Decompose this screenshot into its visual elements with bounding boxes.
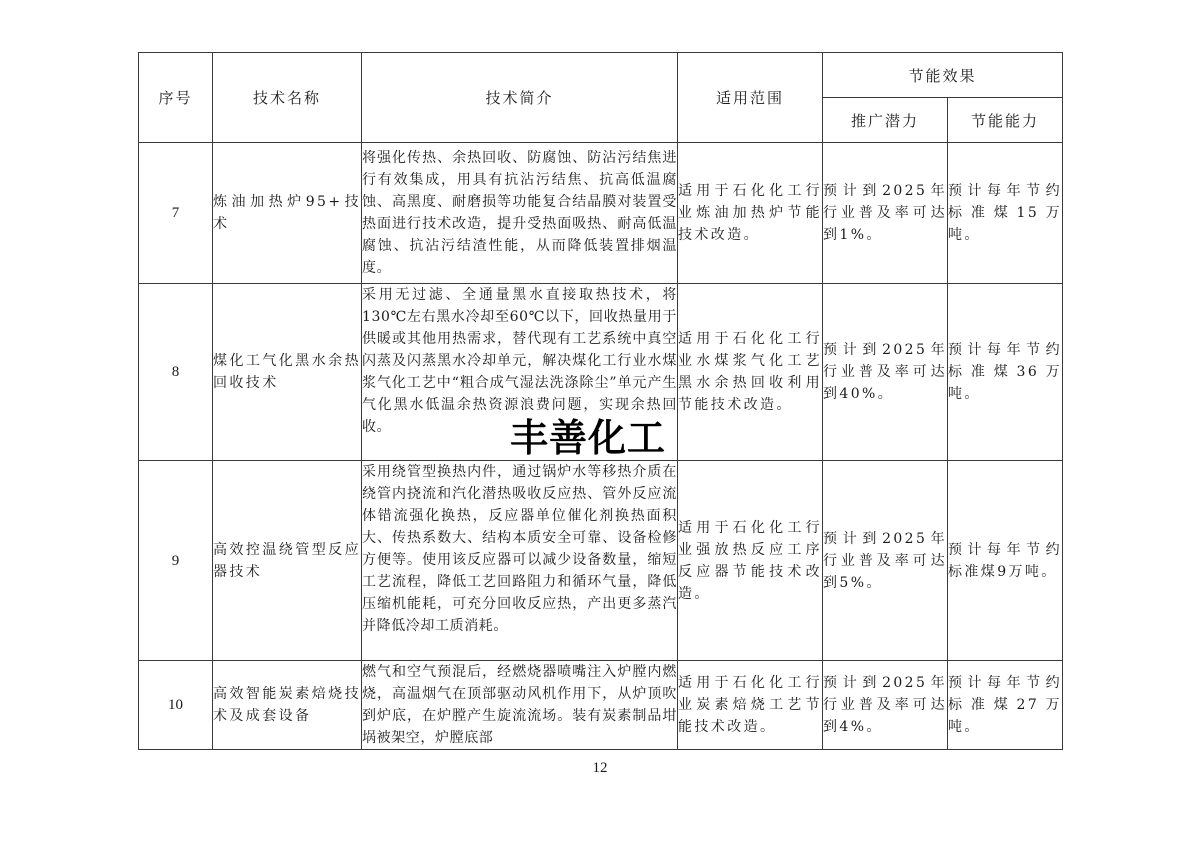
row-scope: 适用于石化化工行业强放热反应工序反应器节能技术改造。	[678, 461, 823, 661]
table-row: 10 高效智能炭素焙烧技术及成套设备 燃气和空气预混后，经燃烧器喷嘴注入炉膛内燃…	[139, 661, 1063, 750]
row-index: 8	[139, 284, 213, 461]
row-index: 7	[139, 143, 213, 284]
row-index: 10	[139, 661, 213, 750]
row-name: 煤化工气化黑水余热回收技术	[213, 284, 362, 461]
row-description: 采用绕管型换热内件，通过锅炉水等移热介质在绕管内挠流和汽化潜热吸收反应热、管外反…	[362, 461, 678, 661]
row-description: 燃气和空气预混后，经燃烧器喷嘴注入炉膛内燃烧，高温烟气在顶部驱动风机作用下，从炉…	[362, 661, 678, 750]
energy-saving-technology-table: 序号 技术名称 技术简介 适用范围 节能效果 推广潜力 节能能力 7 炼油加热炉…	[138, 52, 1063, 750]
row-scope: 适用于石化化工行业水煤浆气化工艺黑水余热回收利用节能技术改造。	[678, 284, 823, 461]
header-index: 序号	[139, 53, 213, 143]
row-potential: 预计到2025年行业普及率可达到40%。	[823, 284, 948, 461]
row-capacity: 预计每年节约标准煤9万吨。	[948, 461, 1063, 661]
header-name: 技术名称	[213, 53, 362, 143]
row-description: 将强化传热、余热回收、防腐蚀、防沾污结焦进行有效集成，用具有抗沾污结焦、抗高低温…	[362, 143, 678, 284]
header-description: 技术简介	[362, 53, 678, 143]
page-number: 12	[0, 760, 1200, 777]
header-scope: 适用范围	[678, 53, 823, 143]
header-effect-group: 节能效果	[823, 53, 1063, 98]
row-description-text: 燃气和空气预混后，经燃烧器喷嘴注入炉膛内燃烧，高温烟气在顶部驱动风机作用下，从炉…	[362, 661, 677, 749]
watermark-text: 丰善化工	[510, 407, 666, 462]
row-name: 高效控温绕管型反应器技术	[213, 461, 362, 661]
row-capacity: 预计每年节约标准煤15万吨。	[948, 143, 1063, 284]
row-capacity: 预计每年节约标准煤36万吨。	[948, 284, 1063, 461]
row-potential: 预计到2025年行业普及率可达到1%。	[823, 143, 948, 284]
row-potential: 预计到2025年行业普及率可达到4%。	[823, 661, 948, 750]
row-name: 炼油加热炉95+技术	[213, 143, 362, 284]
table-row: 9 高效控温绕管型反应器技术 采用绕管型换热内件，通过锅炉水等移热介质在绕管内挠…	[139, 461, 1063, 661]
row-name: 高效智能炭素焙烧技术及成套设备	[213, 661, 362, 750]
row-capacity: 预计每年节约标准煤27万吨。	[948, 661, 1063, 750]
row-scope: 适用于石化化工行业炭素焙烧工艺节能技术改造。	[678, 661, 823, 750]
table-row: 7 炼油加热炉95+技术 将强化传热、余热回收、防腐蚀、防沾污结焦进行有效集成，…	[139, 143, 1063, 284]
row-potential: 预计到2025年行业普及率可达到5%。	[823, 461, 948, 661]
row-scope: 适用于石化化工行业炼油加热炉节能技术改造。	[678, 143, 823, 284]
header-capacity: 节能能力	[948, 98, 1063, 143]
header-potential: 推广潜力	[823, 98, 948, 143]
row-index: 9	[139, 461, 213, 661]
